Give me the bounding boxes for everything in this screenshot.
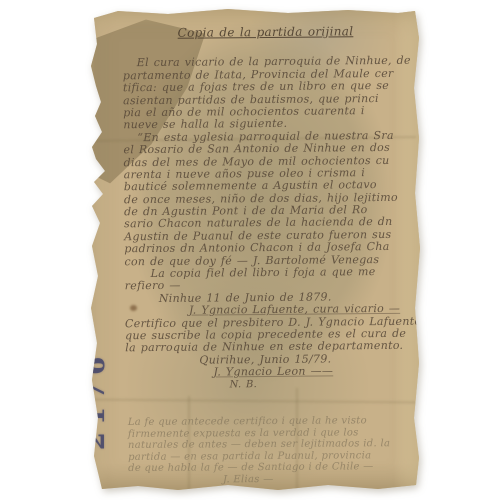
manuscript-line: de que habla la fe — de Santiago i de Ch… — [128, 461, 408, 474]
fold-crease — [92, 399, 416, 404]
manuscript-line: N. B. — [230, 377, 412, 391]
faded-postscript: La fe que antecede certifico i que la he… — [128, 415, 408, 486]
manuscript-text: Copia de la partida orijinal El cura vic… — [122, 19, 411, 392]
scanned-document: Copia de la partida orijinal El cura vic… — [0, 0, 500, 500]
archive-number-stamp: 2176 — [81, 335, 109, 465]
document-page: Copia de la partida orijinal El cura vic… — [88, 8, 420, 492]
manuscript-body: El cura vicario de la parroquia de Ninhu… — [123, 55, 412, 392]
manuscript-line: J. Elias — — [128, 473, 368, 486]
manuscript-line: La fe que antecede certifico i que la he… — [128, 415, 408, 428]
document-title: Copia de la partida orijinal — [122, 25, 408, 40]
